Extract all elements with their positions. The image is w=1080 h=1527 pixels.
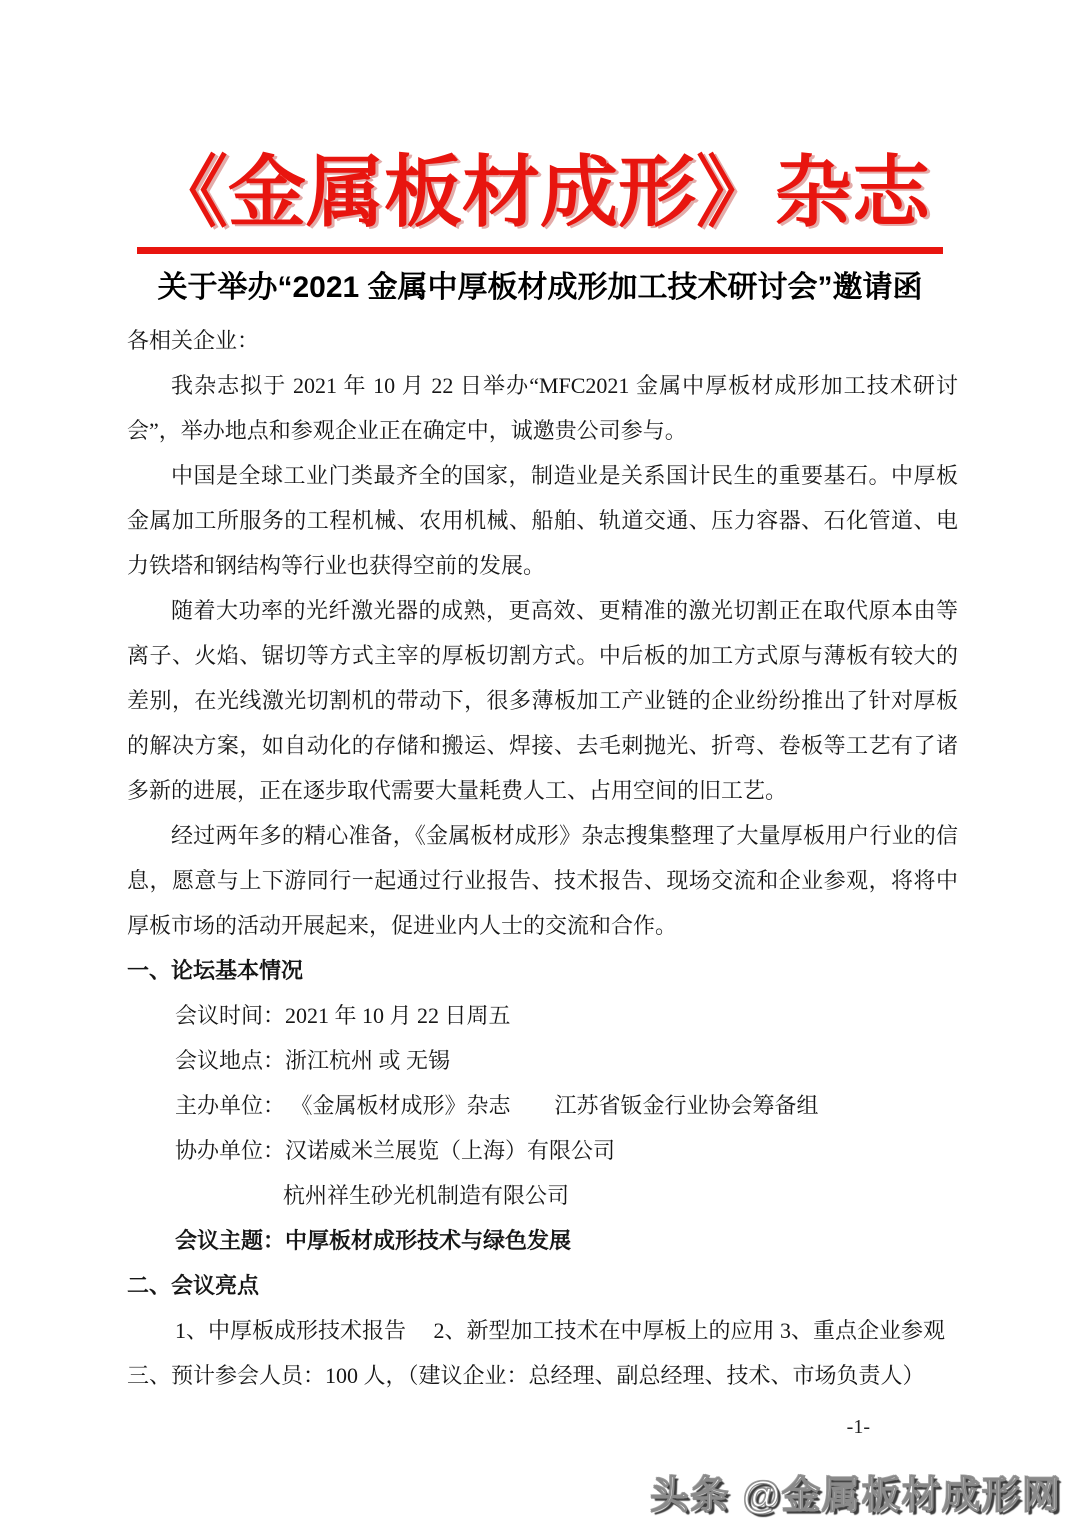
forum-item-cohost-organization: 协办单位：汉诺威米兰展览（上海）有限公司 bbox=[127, 1128, 958, 1173]
salutation: 各相关企业： bbox=[127, 318, 958, 363]
section-heading-forum-basics: 一、论坛基本情况 bbox=[127, 948, 958, 993]
paragraph-preparation: 经过两年多的精心准备，《金属板材成形》杂志搜集整理了大量厚板用户行业的信息，愿意… bbox=[127, 813, 958, 948]
toutiao-watermark: 头条 @金属板材成形网 bbox=[650, 1464, 1062, 1519]
forum-item-meeting-theme: 会议主题：中厚板材成形技术与绿色发展 bbox=[127, 1218, 958, 1263]
page-number: -1- bbox=[847, 1416, 870, 1439]
forum-item-meeting-location: 会议地点：浙江杭州 或 无锡 bbox=[127, 1038, 958, 1083]
forum-item-cohost-organization-continued: 杭州祥生砂光机制造有限公司 bbox=[127, 1173, 958, 1218]
masthead-divider-rule bbox=[137, 247, 943, 254]
forum-item-meeting-time: 会议时间：2021 年 10 月 22 日周五 bbox=[127, 993, 958, 1038]
section-attendees-line: 三、预计参会人员：100 人，（建议企业：总经理、副总经理、技术、市场负责人） bbox=[127, 1353, 958, 1398]
paragraph-industry-background: 中国是全球工业门类最齐全的国家，制造业是关系国计民生的重要基石。中厚板金属加工所… bbox=[127, 453, 958, 588]
paragraph-intro: 我杂志拟于 2021 年 10 月 22 日举办“MFC2021 金属中厚板材成… bbox=[127, 363, 958, 453]
forum-item-host-organizations: 主办单位： 《金属板材成形》杂志 江苏省钣金行业协会筹备组 bbox=[127, 1083, 958, 1128]
paragraph-laser-cutting-trend: 随着大功率的光纤激光器的成熟，更高效、更精准的激光切割正在取代原本由等离子、火焰… bbox=[127, 588, 958, 813]
document-body: 各相关企业： 我杂志拟于 2021 年 10 月 22 日举办“MFC2021 … bbox=[127, 318, 958, 1398]
section-heading-highlights: 二、会议亮点 bbox=[127, 1263, 958, 1308]
highlights-list-line: 1、中厚板成形技术报告 2、新型加工技术在中厚板上的应用 3、重点企业参观 bbox=[127, 1308, 958, 1353]
magazine-masthead-title: 《金属板材成形》杂志 bbox=[0, 0, 1080, 238]
invitation-title: 关于举办“2021 金属中厚板材成形加工技术研讨会”邀请函 bbox=[0, 269, 1080, 307]
document-page: 《金属板材成形》杂志 关于举办“2021 金属中厚板材成形加工技术研讨会”邀请函… bbox=[0, 0, 1080, 1527]
